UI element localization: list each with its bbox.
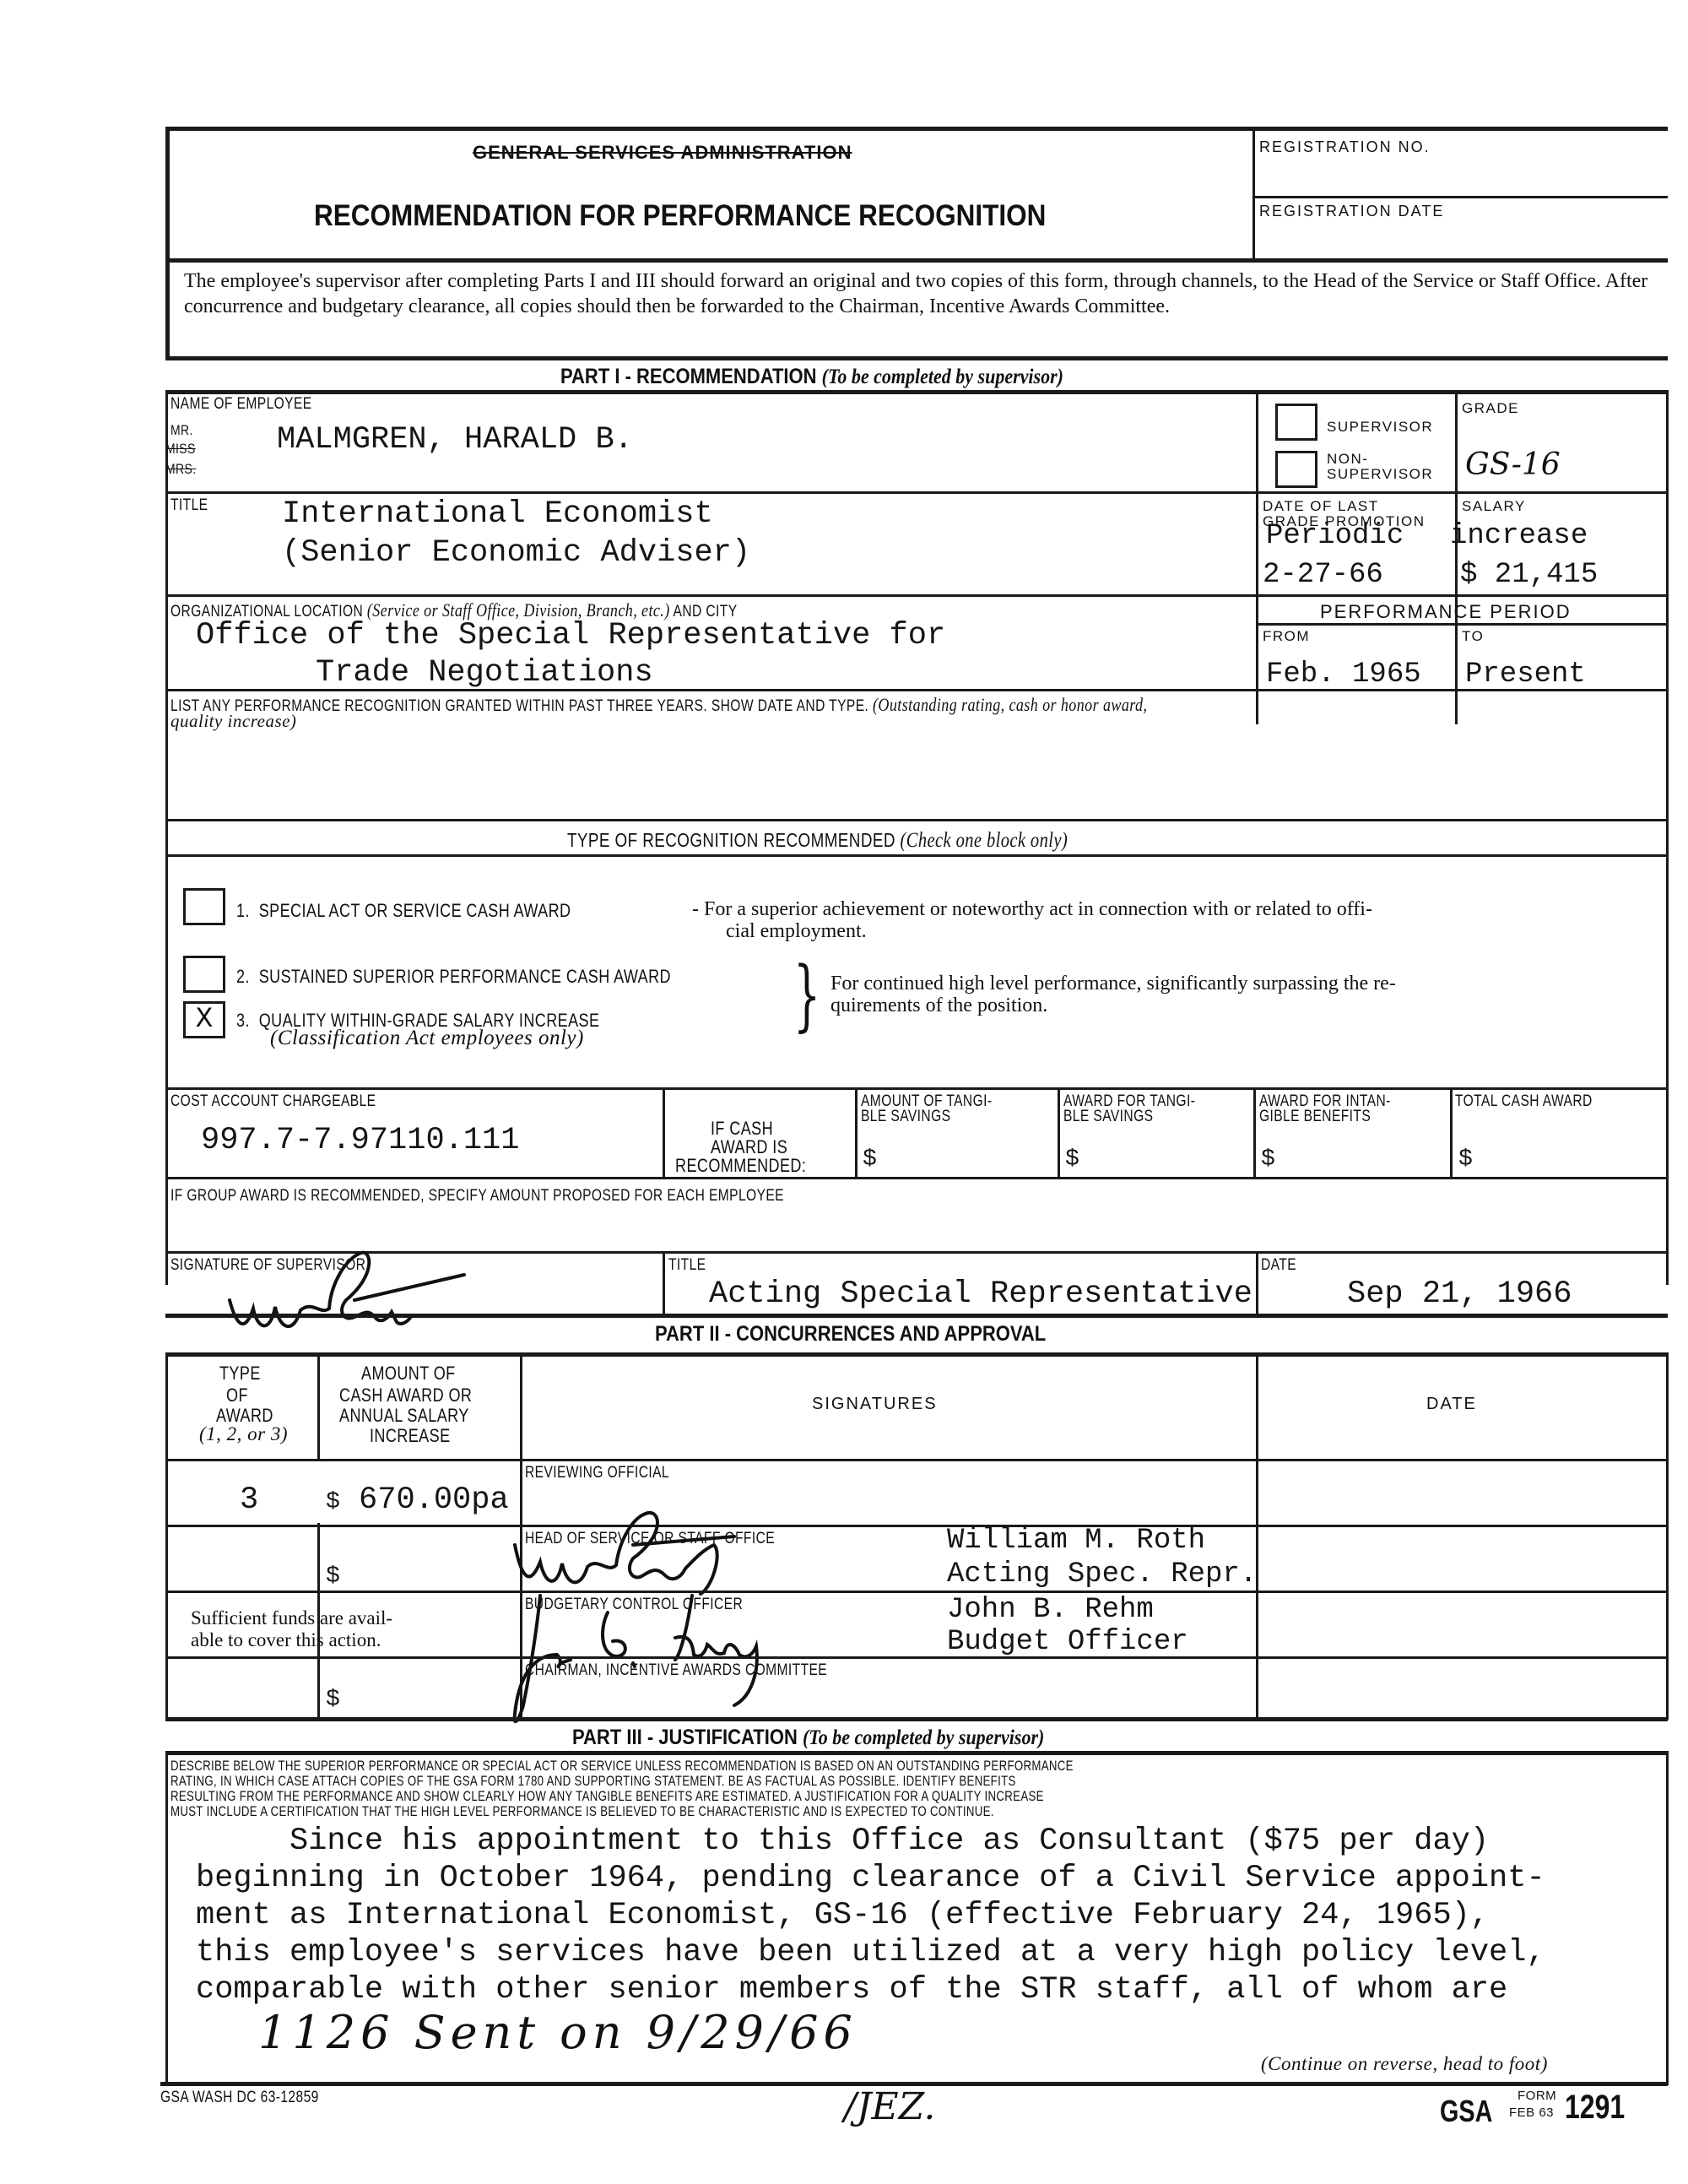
option-1-number: 1. [236,900,250,921]
justification-line: ment as International Economist, GS-16 (… [196,1898,1489,1933]
col-type-1: TYPE [219,1363,261,1385]
divider [165,491,1668,494]
date-last-promotion-label-1: DATE OF LAST [1263,498,1379,515]
row2-amount-field[interactable]: $ [326,1557,340,1592]
divider [165,1656,1668,1659]
option-1-checkbox[interactable] [183,888,225,925]
currency-sign: $ [326,1489,340,1515]
col-date: DATE [1426,1395,1477,1414]
option-3-checkbox[interactable]: X [183,1001,225,1038]
supervisor-label: SUPERVISOR [1327,419,1433,436]
part3-instruction-1: DESCRIBE BELOW THE SUPERIOR PERFORMANCE … [170,1758,1074,1775]
group-award-label: IF GROUP AWARD IS RECOMMENDED, SPECIFY A… [170,1187,784,1206]
funds-note-2: able to cover this action. [191,1628,381,1653]
grade-field[interactable]: GS-16 [1465,447,1561,482]
part3-heading-note: (To be completed by supervisor) [803,1726,1044,1749]
agency-name: GENERAL SERVICES ADMINISTRATION [473,142,852,164]
handwritten-sent-note: 1126 Sent on 9/29/66 [258,2006,858,2059]
divider [165,854,1668,857]
group-award-field[interactable] [194,1209,1629,1243]
from-label: FROM [1263,628,1310,645]
row4-amount-field[interactable]: $ [326,1680,340,1715]
row1-type-field[interactable]: 3 [240,1482,258,1518]
non-supervisor-label-2: SUPERVISOR [1327,466,1433,483]
col-amount-2: CASH AWARD OR [339,1385,472,1406]
divider [1256,1251,1258,1314]
justification-line: Since his appointment to this Office as … [196,1824,1489,1859]
divider [1666,1352,1669,1720]
prior-recognition-field[interactable] [194,743,1629,810]
salutation-miss-struck: MISS [165,441,196,458]
divider [165,1591,1668,1593]
divider [1666,390,1669,1285]
divider [1256,623,1668,626]
part3-heading: PART III - JUSTIFICATION (To be complete… [572,1726,1044,1750]
divider [165,390,1668,394]
from-field[interactable]: Feb. 1965 [1266,658,1421,691]
handwritten-initials: /JEZ. [844,2085,935,2128]
row4-role-label: CHAIRMAN, INCENTIVE AWARDS COMMITTEE [525,1661,827,1680]
salary-line-1[interactable]: increase [1450,520,1588,552]
divider [1666,1751,1669,2085]
supervisor-signature[interactable] [219,1249,523,1342]
title-label: TITLE [170,496,208,515]
option-1-text: SPECIAL ACT OR SERVICE CASH AWARD [259,900,571,921]
part2-heading: PART II - CONCURRENCES AND APPROVAL [655,1322,1046,1347]
divider [1256,390,1258,724]
money-col-1-label-2: BLE SAVINGS [861,1108,950,1126]
part1-heading: PART I - RECOMMENDATION (To be completed… [560,365,1063,389]
part1-heading-text: PART I - RECOMMENDATION [560,365,817,388]
col-amount-4: INCREASE [370,1425,451,1447]
divider [165,127,1668,131]
currency-sign: $ [1458,1146,1473,1173]
options-2-3-desc-2: quirements of the position. [830,993,1047,1018]
col-signatures: SIGNATURES [812,1395,938,1414]
divider [165,127,170,359]
signature-date-field[interactable]: Sep 21, 1966 [1347,1276,1572,1312]
registration-no-label: REGISTRATION NO. [1259,138,1431,156]
row2-name-field[interactable]: William M. Roth [947,1525,1205,1557]
form-title: RECOMMENDATION FOR PERFORMANCE RECOGNITI… [314,199,1046,233]
grade-label: GRADE [1462,400,1519,417]
footer-form-number: 1291 [1565,2089,1625,2127]
col-type-4: (1, 2, or 3) [199,1423,288,1445]
title-line-2[interactable]: (Senior Economic Adviser) [282,535,750,571]
divider [165,1352,168,1720]
continue-note: (Continue on reverse, head to foot) [1261,2053,1548,2075]
money-col-4-label-1: TOTAL CASH AWARD [1455,1092,1593,1111]
registration-date-label: REGISTRATION DATE [1259,203,1444,220]
divider [1252,196,1668,198]
option-3-sub: (Classification Act employees only) [270,1027,584,1050]
divider [663,1251,665,1314]
type-heading: TYPE OF RECOGNITION RECOMMENDED (Check o… [567,829,1068,853]
divider [165,356,1668,360]
org-location-line-2[interactable]: Trade Negotiations [316,655,653,691]
col-type-2: OF [226,1385,248,1406]
salutation-mr: MR. [170,422,193,439]
option-1-label: 1. SPECIAL ACT OR SERVICE CASH AWARD [236,900,571,922]
row1-amount-field[interactable]: $ 670.00pa [326,1482,509,1518]
to-label: TO [1462,628,1484,645]
divider [165,689,1668,691]
part1-heading-note: (To be completed by supervisor) [822,366,1063,388]
divider [1058,1087,1060,1177]
cost-account-field[interactable]: 997.7-7.97110.111 [201,1123,519,1158]
option-2-text: SUSTAINED SUPERIOR PERFORMANCE CASH AWAR… [259,966,671,987]
divider [317,1352,320,1460]
prior-recognition-note-2: quality increase) [170,711,296,732]
amount-value: 670.00pa [359,1482,509,1518]
name-label: NAME OF EMPLOYEE [170,395,312,414]
performance-period-label: PERFORMANCE PERIOD [1320,601,1572,623]
non-supervisor-label-1: NON- [1327,451,1368,468]
currency-sign: $ [326,1687,340,1713]
option-2-number: 2. [236,966,250,987]
non-supervisor-checkbox[interactable] [1275,451,1317,488]
type-heading-text: TYPE OF RECOGNITION RECOMMENDED [567,829,895,851]
money-col-3-label-2: GIBLE BENEFITS [1259,1108,1371,1126]
part3-instruction-3: RESULTING FROM THE PERFORMANCE AND SHOW … [170,1788,1044,1805]
row1-role-label: REVIEWING OFFICIAL [525,1464,669,1482]
currency-sign: $ [1065,1146,1079,1173]
signature-title-field[interactable]: Acting Special Representative [709,1276,1252,1312]
org-location-line-1[interactable]: Office of the Special Representative for [196,618,945,653]
divider [165,1314,1668,1318]
salutation-mrs-struck: MRS. [165,461,196,478]
salary-field[interactable]: $ 21,415 [1460,559,1598,591]
justification-line: beginning in October 1964, pending clear… [196,1861,1545,1896]
col-amount-1: AMOUNT OF [361,1363,456,1385]
budget-officer-signature[interactable] [506,1579,861,1731]
divider [1450,1087,1453,1177]
currency-sign: $ [1261,1146,1275,1173]
footer-form-word: FORM [1518,2089,1556,2103]
footer-agency: GSA [1440,2094,1492,2129]
currency-sign: $ [326,1563,340,1590]
date-last-promotion-line-1[interactable]: Periodic [1266,520,1404,552]
salary-label: SALARY [1462,498,1526,515]
row2-title-field[interactable]: Acting Spec. Repr. [947,1558,1257,1591]
print-code: GSA WASH DC 63-12859 [160,2089,319,2107]
divider [165,594,1668,597]
option-3-number: 3. [236,1010,250,1031]
option-2-label: 2. SUSTAINED SUPERIOR PERFORMANCE CASH A… [236,966,671,988]
money-col-2-label-2: BLE SAVINGS [1063,1108,1153,1126]
date-last-promotion-field[interactable]: 2-27-66 [1263,559,1383,591]
title-line-1[interactable]: International Economist [282,496,713,532]
supervisor-checkbox[interactable] [1275,404,1317,441]
divider [165,1717,1668,1721]
money-col-1-field[interactable]: $ [863,1146,877,1173]
employee-name-field[interactable]: MALMGREN, HARALD B. [277,422,633,458]
justification-line: comparable with other senior members of … [196,1972,1507,2008]
justification-line: this employee's services have been utili… [196,1935,1545,1970]
divider [165,1525,1668,1527]
money-col-4-field[interactable]: $ [1458,1146,1473,1173]
if-cash-3: RECOMMENDED: [675,1155,806,1177]
to-field[interactable]: Present [1465,658,1586,691]
divider [855,1087,858,1177]
money-col-3-field[interactable]: $ [1261,1146,1275,1173]
row3-name-field[interactable]: John B. Rehm [947,1594,1154,1626]
divider [1253,1087,1256,1177]
part3-instruction-4: MUST INCLUDE A CERTIFICATION THAT THE HI… [170,1803,994,1820]
divider [1256,1352,1258,1720]
row3-title-field[interactable]: Budget Officer [947,1626,1188,1658]
option-3-mark: X [196,1004,213,1036]
divider [165,819,1668,821]
divider [165,1459,1668,1461]
divider [1455,390,1458,724]
divider [663,1087,665,1177]
prior-recognition-label: LIST ANY PERFORMANCE RECOGNITION GRANTED… [170,694,1147,716]
part3-instruction-2: RATING, IN WHICH CASE ATTACH COPIES OF T… [170,1773,1016,1790]
divider [165,390,168,1285]
divider [165,258,1668,263]
type-heading-note: (Check one block only) [901,829,1069,852]
prior-recognition-note: (Outstanding rating, cash or honor award… [873,694,1147,715]
option-2-checkbox[interactable] [183,956,225,993]
col-amount-3: ANNUAL SALARY [339,1405,469,1427]
signature-title-label: TITLE [668,1256,706,1275]
cost-account-label: COST ACCOUNT CHARGEABLE [170,1092,376,1111]
divider [165,1087,1668,1090]
money-col-2-field[interactable]: $ [1065,1146,1079,1173]
option-1-desc-2: cial employment. [726,919,867,944]
part3-heading-text: PART III - JUSTIFICATION [572,1726,798,1749]
footer-form-date: FEB 63 [1509,2105,1554,2120]
instructions-text: The employee's supervisor after completi… [184,268,1653,319]
brace-icon: } [793,957,820,1033]
divider [165,1751,1668,1755]
divider [1252,127,1255,262]
divider [165,1751,168,2085]
divider [165,1177,1668,1179]
divider [165,1352,1668,1357]
signature-date-label: DATE [1261,1256,1296,1275]
currency-sign: $ [863,1146,877,1173]
